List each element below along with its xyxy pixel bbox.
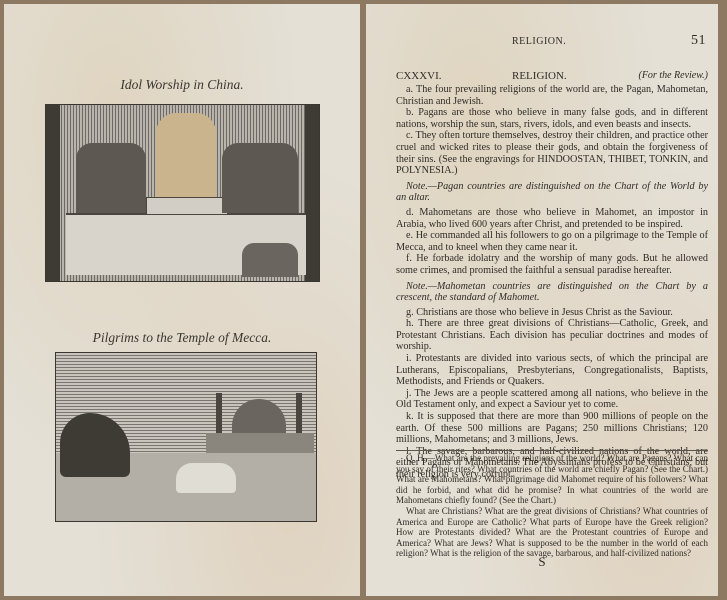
signature-mark: S (366, 554, 718, 570)
running-head-title: RELIGION. (512, 36, 566, 47)
paragraph-e: e. He commanded all his followers to go … (396, 230, 708, 253)
engraving-idol-worship-in-china (45, 104, 320, 282)
altar-table (146, 197, 228, 215)
section-note: (For the Review.) (638, 70, 708, 81)
left-page: Idol Worship in China. Pilgrims to the T… (4, 4, 360, 596)
review-questions: Q. H.—What are the prevailing religions … (396, 453, 708, 559)
paragraph-i: i. Protestants are divided into various … (396, 353, 708, 388)
paragraph-d: d. Mahometans are those who believe in M… (396, 207, 708, 230)
paragraph-j: j. The Jews are a people scattered among… (396, 388, 708, 411)
note-mahometan: Note.—Mahometan countries are distinguis… (396, 281, 708, 304)
robed-figures-left (76, 143, 146, 213)
paragraph-h: h. There are three great divisions of Ch… (396, 318, 708, 353)
note-pagan: Note.—Pagan countries are distinguished … (396, 181, 708, 204)
paragraph-g: g. Christians are those who believe in J… (396, 307, 708, 319)
robed-figures-right (222, 143, 298, 213)
paragraph-k: k. It is supposed that there are more th… (396, 411, 708, 446)
divider-rule (396, 450, 708, 451)
pillar-left (46, 105, 60, 281)
body-text: a. The four prevailing religions of the … (396, 84, 708, 481)
paragraph-b: b. Pagans are those who believe in many … (396, 107, 708, 130)
camels (60, 413, 130, 477)
right-page: RELIGION. 51 CXXXVI. RELIGION. (For the … (366, 4, 718, 596)
section-title: RELIGION. (512, 70, 567, 82)
paragraph-c: c. They often torture themselves, destro… (396, 130, 708, 176)
mosque-dome (232, 399, 286, 435)
engraving-pilgrims-to-mecca (55, 352, 317, 522)
questions-block-2: What are Christians? What are the great … (396, 506, 708, 559)
paragraph-f: f. He forbade idolatry and the worship o… (396, 253, 708, 276)
caption-pilgrims-to-mecca: Pilgrims to the Temple of Mecca. (4, 330, 360, 346)
section-number: CXXXVI. (396, 70, 442, 82)
seated-idol (156, 113, 216, 205)
prostrate-pilgrims (176, 463, 236, 493)
kneeling-worshippers (242, 243, 298, 277)
page-number: 51 (691, 33, 706, 49)
caption-idol-worship: Idol Worship in China. (4, 77, 360, 93)
questions-block-1: Q. H.—What are the prevailing religions … (396, 453, 708, 506)
paragraph-a: a. The four prevailing religions of the … (396, 84, 708, 107)
pillar-right (305, 105, 319, 281)
